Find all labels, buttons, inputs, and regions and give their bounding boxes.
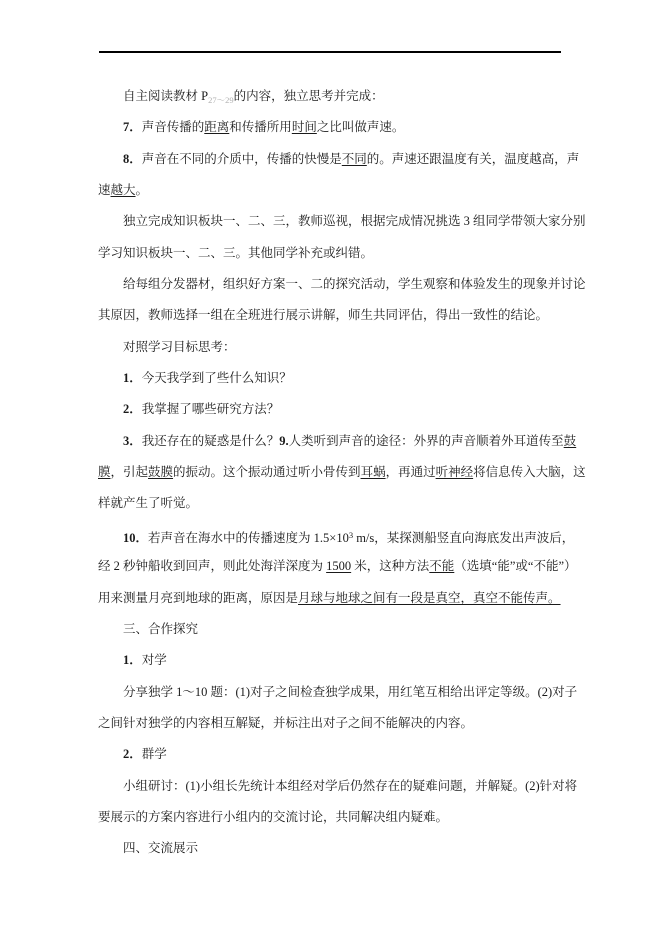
text-run: 1． bbox=[123, 653, 142, 667]
text-run: ，引起 bbox=[111, 465, 149, 479]
text-run: 对学 bbox=[142, 653, 167, 667]
text-line: 小组研讨：(1)小组长先统计本组经对学后仍然存在的疑难问题，并解疑。(2)针对将 bbox=[98, 771, 568, 802]
text-line: 要展示的方案内容进行小组内的交流讨论，共同解决组内疑难。 bbox=[98, 802, 568, 833]
text-run: 距离 bbox=[204, 120, 229, 134]
text-run: 声音传播的 bbox=[142, 120, 205, 134]
document-body: 自主阅读教材 P27～29的内容，独立思考并完成：7．声音传播的距离和传播所用时… bbox=[98, 81, 568, 865]
text-run: 月球与地球之间有一段是真空，真空不能传声。 bbox=[298, 591, 561, 605]
text-line: 速越大。 bbox=[98, 175, 568, 206]
text-run: 10． bbox=[123, 531, 148, 545]
text-run: （选填“能”或“不能”） bbox=[454, 559, 576, 573]
text-line: 学习知识板块一、二、三。其他同学补充或纠错。 bbox=[98, 238, 568, 269]
text-run: 我还存在的疑惑是什么？ bbox=[142, 434, 280, 448]
text-line: 7．声音传播的距离和传播所用时间之比叫做声速。 bbox=[98, 112, 568, 143]
text-run: 给每组分发器材，组织好方案一、二的探究活动，学生观察和体验发生的现象并讨论 bbox=[123, 277, 586, 291]
text-run: 的内容，独立思考并完成： bbox=[234, 89, 384, 103]
text-line: 之间针对独学的内容相互解疑，并标注出对子之间不能解决的内容。 bbox=[98, 708, 568, 739]
text-run: 之间针对独学的内容相互解疑，并标注出对子之间不能解决的内容。 bbox=[98, 716, 473, 730]
text-run: 膜 bbox=[98, 465, 111, 479]
text-run: 对照学习目标思考： bbox=[123, 340, 236, 354]
text-line: 1．今天我学到了些什么知识？ bbox=[98, 363, 568, 394]
text-run: 声音在不同的介质中，传播的快慢是 bbox=[142, 152, 342, 166]
text-run: 其原因，教师选择一组在全班进行展示讲解，师生共同评估，得出一致性的结论。 bbox=[98, 308, 548, 322]
text-run: 和传播所用 bbox=[229, 120, 292, 134]
text-run: 2． bbox=[123, 747, 142, 761]
text-line: 自主阅读教材 P27～29的内容，独立思考并完成： bbox=[98, 81, 568, 112]
text-line: 10．若声音在海水中的传播速度为 1.5×103 m/s，某探测船竖直向海底发出… bbox=[98, 520, 568, 551]
text-line: 用来测量月亮到地球的距离，原因是月球与地球之间有一段是真空，真空不能传声。 bbox=[98, 583, 568, 614]
header-divider-line bbox=[99, 51, 561, 53]
text-run: 米，这种方法 bbox=[351, 559, 429, 573]
text-line: 膜，引起鼓膜的振动。这个振动通过听小骨传到耳蜗，再通过听神经将信息传入大脑，这 bbox=[98, 457, 568, 488]
text-run: 分享独学 1～10 题：(1)对子之间检查独学成果，用红笔互相给出评定等级。(2… bbox=[123, 685, 577, 699]
text-line: 对照学习目标思考： bbox=[98, 332, 568, 363]
text-line: 三、合作探究 bbox=[98, 614, 568, 645]
text-run: 四、交流展示 bbox=[123, 841, 198, 855]
text-run: 越大 bbox=[111, 183, 136, 197]
text-line: 分享独学 1～10 题：(1)对子之间检查独学成果，用红笔互相给出评定等级。(2… bbox=[98, 677, 568, 708]
text-run: 8． bbox=[123, 152, 142, 166]
text-line: 其原因，教师选择一组在全班进行展示讲解，师生共同评估，得出一致性的结论。 bbox=[98, 300, 568, 331]
text-run: 9. bbox=[279, 434, 288, 448]
text-run: 自主阅读教材 P bbox=[123, 89, 208, 103]
text-line: 2．我掌握了哪些研究方法？ bbox=[98, 394, 568, 425]
text-line: 独立完成知识板块一、二、三，教师巡视，根据完成情况挑选 3 组同学带领大家分别 bbox=[98, 206, 568, 237]
text-run: 时间 bbox=[292, 120, 317, 134]
text-run: 我掌握了哪些研究方法？ bbox=[142, 402, 280, 416]
text-line: 样就产生了听觉。 bbox=[98, 488, 568, 519]
text-run: 经 2 秒钟船收到回声，则此处海洋深度为 bbox=[98, 559, 326, 573]
text-run: 要展示的方案内容进行小组内的交流讨论，共同解决组内疑难。 bbox=[98, 810, 448, 824]
text-line: 3．我还存在的疑惑是什么？9.人类听到声音的途径：外界的声音顺着外耳道传至鼓 bbox=[98, 426, 568, 457]
text-line: 8．声音在不同的介质中，传播的快慢是不同的。声速还跟温度有关，温度越高，声 bbox=[98, 144, 568, 175]
text-run: 听神经 bbox=[436, 465, 474, 479]
text-run: 耳蜗 bbox=[361, 465, 386, 479]
text-run: 速 bbox=[98, 183, 111, 197]
text-run: 鼓 bbox=[564, 434, 577, 448]
text-run: 不能 bbox=[429, 559, 454, 573]
text-run: 学习知识板块一、二、三。其他同学补充或纠错。 bbox=[98, 246, 373, 260]
text-run: 。 bbox=[136, 183, 149, 197]
text-line: 1．对学 bbox=[98, 645, 568, 676]
text-run: 不同 bbox=[342, 152, 367, 166]
text-run: 之比叫做声速。 bbox=[317, 120, 405, 134]
text-run: 1500 bbox=[326, 559, 351, 573]
text-run: 独立完成知识板块一、二、三，教师巡视，根据完成情况挑选 3 组同学带领大家分别 bbox=[123, 214, 586, 228]
text-run: 用来测量月亮到地球的距离，原因是 bbox=[98, 591, 298, 605]
text-run: 将信息传入大脑，这 bbox=[473, 465, 586, 479]
text-run: 27～29 bbox=[208, 95, 234, 105]
text-run: 三、合作探究 bbox=[123, 622, 198, 636]
text-run: 的。声速还跟温度有关，温度越高，声 bbox=[367, 152, 580, 166]
text-run: 小组研讨：(1)小组长先统计本组经对学后仍然存在的疑难问题，并解疑。(2)针对将 bbox=[123, 779, 577, 793]
text-run: 1． bbox=[123, 371, 142, 385]
text-line: 四、交流展示 bbox=[98, 833, 568, 864]
text-run: 群学 bbox=[142, 747, 167, 761]
text-run: 人类听到声音的途径：外界的声音顺着外耳道传至 bbox=[289, 434, 564, 448]
text-run: m/s，某探测船竖直向海底发出声波后， bbox=[353, 531, 574, 545]
text-line: 经 2 秒钟船收到回声，则此处海洋深度为 1500 米，这种方法不能（选填“能”… bbox=[98, 551, 568, 582]
text-run: ，再通过 bbox=[386, 465, 436, 479]
text-run: 的振动。这个振动通过听小骨传到 bbox=[173, 465, 361, 479]
text-run: 2． bbox=[123, 402, 142, 416]
text-line: 2．群学 bbox=[98, 739, 568, 770]
text-run: 今天我学到了些什么知识？ bbox=[142, 371, 292, 385]
document-page: 自主阅读教材 P27～29的内容，独立思考并完成：7．声音传播的距离和传播所用时… bbox=[0, 0, 658, 932]
text-run: 7． bbox=[123, 120, 142, 134]
text-run: 若声音在海水中的传播速度为 1.5×10 bbox=[148, 531, 349, 545]
text-run: 3． bbox=[123, 434, 142, 448]
text-run: 样就产生了听觉。 bbox=[98, 496, 198, 510]
text-line: 给每组分发器材，组织好方案一、二的探究活动，学生观察和体验发生的现象并讨论 bbox=[98, 269, 568, 300]
text-run: 鼓膜 bbox=[148, 465, 173, 479]
